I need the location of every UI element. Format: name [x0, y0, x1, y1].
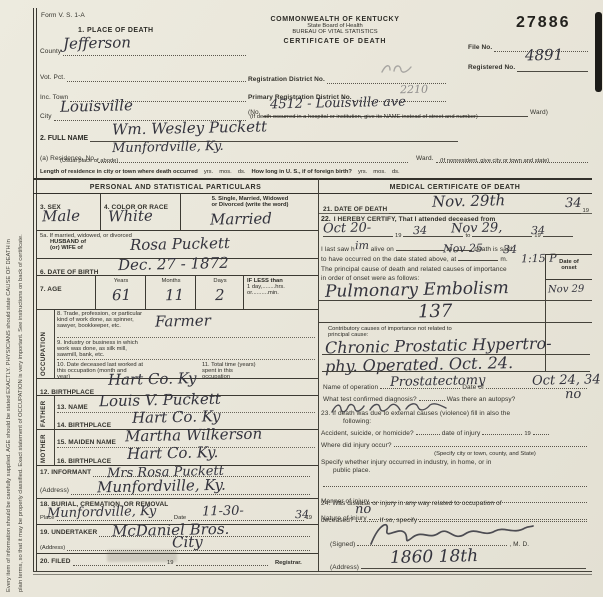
residence-value: Munfordville, Ky.: [112, 140, 224, 155]
dob-label: 6. DATE OF BIRTH: [40, 269, 99, 276]
father-name-label: 13. NAME: [57, 404, 88, 411]
residence-ward-label: Ward.: [416, 155, 434, 163]
operation-value: Prostatectomy: [390, 374, 486, 389]
birthplace-label: 12. BIRTHPLACE: [40, 389, 94, 396]
filed-label: 20. FILED: [40, 558, 71, 566]
cause-of-death-value: Pulmonary Embolism: [325, 280, 509, 301]
registered-no-line: [517, 69, 588, 72]
physician-address-label: (Address): [330, 564, 359, 572]
last-saw-him-hand: im: [355, 240, 369, 251]
informant-address-label: (Address): [40, 487, 69, 495]
registrar-label: Registrar.: [275, 560, 302, 566]
accident-line: [416, 432, 440, 435]
age-months-value: 11: [165, 288, 184, 303]
where-injury-note: (Specify city or town, county, and State…: [381, 451, 589, 457]
primary-registration-district-value: 2210: [400, 84, 428, 96]
length-mos-label: mos.: [219, 169, 232, 175]
certificate-title: CERTIFICATE OF DEATH: [225, 38, 445, 45]
specify-blank-line: [323, 484, 587, 487]
physician-signature-handwriting: [365, 518, 535, 548]
age-label: 7. AGE: [40, 286, 62, 293]
operation-label: Name of operation: [323, 384, 378, 392]
registered-no-value: 4891: [525, 48, 563, 64]
form-border-left-outer: [33, 8, 34, 571]
rule-under-code: [318, 322, 592, 323]
last-saw-value: Nov 25: [443, 243, 483, 255]
race-value: White: [108, 209, 153, 225]
marital-value: Married: [210, 211, 272, 227]
if-less-label-3: or..........min.: [247, 290, 316, 296]
bureau-subtitle: BUREAU OF VITAL STATISTICS: [225, 29, 445, 35]
us-length-label: How long in U. S., if of foreign birth?: [251, 169, 351, 175]
registration-district-label: Registration District No.: [248, 76, 325, 84]
attended-from-value: Oct 20-: [323, 221, 371, 235]
mother-name-label: 15. MAIDEN NAME: [57, 439, 116, 446]
burial-year-value: 34: [295, 509, 309, 520]
us-yrs-label: yrs.: [358, 169, 367, 175]
full-name-value: Wm. Wesley Puckett: [112, 119, 267, 137]
age-years-value: 61: [112, 288, 131, 303]
length-ds-label: ds.: [238, 169, 246, 175]
where-injury-label: Where did injury occur?: [321, 442, 392, 450]
sex-value: Male: [42, 209, 80, 225]
attended-from-year: 34: [413, 225, 427, 236]
marital-label-2: or Divorced (write the word): [184, 202, 316, 208]
street-value-handwriting: 4512 - Louisville ave: [270, 96, 406, 112]
scan-edge-artifact: [595, 12, 602, 92]
contributory-underline-2: [322, 371, 590, 372]
age-years-label: Years: [99, 278, 143, 284]
length-of-residence-label: Length of residence in city or town wher…: [40, 169, 198, 175]
registration-district-faint-mark: [380, 62, 414, 76]
age-days-label: Days: [199, 278, 241, 284]
last-saw-year: 34: [503, 244, 517, 255]
us-ds-label: ds.: [392, 169, 400, 175]
margin-instruction-line-1: Every item of information should be care…: [6, 239, 12, 592]
undertaker-address-value: City: [172, 535, 203, 551]
q23-label-2: following:: [343, 418, 589, 426]
voting-precinct-label: Vot. Pct.: [40, 74, 65, 82]
county-line: [63, 53, 246, 56]
birthplace-value: Hart Co. Ky: [108, 371, 197, 388]
personal-section-title: PERSONAL AND STATISTICAL PARTICULARS: [33, 184, 318, 191]
accident-label: Accident, suicide, or homicide?: [321, 430, 414, 438]
injury-date-line: [482, 432, 522, 435]
mother-side-label: MOTHER: [41, 434, 47, 463]
q23-label-1: 23. If death was due to external causes …: [321, 410, 589, 418]
county-value-handwriting: Jefferson: [63, 35, 131, 51]
injury-date-label: date of injury: [442, 430, 481, 438]
specify-note-2: public place.: [333, 467, 589, 475]
attended-to-year: 34: [531, 225, 545, 236]
death-certificate-scan: Every item of information should be care…: [0, 0, 603, 597]
serial-number-stamp: 27886: [516, 14, 571, 32]
attended-from-19: 19: [395, 233, 401, 239]
file-no-label: File No.: [468, 44, 492, 52]
autopsy-value: no: [565, 388, 581, 401]
last-saw-line: [396, 248, 444, 251]
dob-value: Dec. 27 - 1872: [118, 256, 229, 273]
date-of-death-year: 34: [565, 197, 582, 210]
date-of-death-value: Nov. 29th: [432, 193, 505, 210]
length-yrs-label: yrs.: [204, 169, 213, 175]
injury-19-line: [533, 432, 549, 435]
city-value-handwriting: Louisville: [60, 98, 133, 115]
last-saw-label: I last saw h: [321, 246, 355, 254]
voting-precinct-line: [67, 79, 246, 82]
margin-instruction-line-2: plain terms, so that it may be properly …: [18, 234, 24, 592]
medical-section-title: MEDICAL CERTIFICATE OF DEATH: [318, 184, 592, 191]
occurred-m-label: m.: [500, 256, 507, 264]
mother-name-value: Martha Wilkerson: [125, 427, 262, 445]
county-label: County: [40, 48, 61, 56]
form-bottom-rule-2: [33, 574, 592, 575]
nonresident-note: (If nonresident, give city or town and s…: [440, 158, 549, 164]
q24-answer-value: no: [355, 503, 371, 516]
filed-line: [73, 563, 166, 566]
column-divider: [318, 178, 319, 571]
us-mos-label: mos.: [373, 169, 386, 175]
operation-date-value: Oct 24, 34: [532, 373, 601, 387]
physician-address-value: 1860 18th: [390, 548, 478, 567]
full-name-label: 2. FULL NAME: [40, 135, 88, 142]
occurred-label: to have occurred on the date stated abov…: [321, 256, 456, 264]
father-side-label: FATHER: [41, 400, 47, 427]
occupation-value: Farmer: [155, 313, 211, 329]
rule-under-21: [318, 213, 592, 214]
spouse-value: Rosa Puckett: [130, 236, 230, 253]
informant-address-value: Munfordville, Ky.: [97, 478, 226, 496]
occ9-label-3: sawmill, bank, etc.: [57, 352, 315, 358]
mother-birthplace-value: Hart Co. Ky.: [127, 445, 219, 462]
undertaker-address-label: (Address): [40, 545, 65, 551]
undertaker-value: McDaniel Bros.: [112, 522, 230, 539]
residence-line: [98, 160, 408, 163]
specify-note-1: Specify whether injury occurred in indus…: [321, 459, 589, 467]
rule-under-cause: [318, 300, 592, 301]
mother-birthplace-label: 16. BIRTHPLACE: [57, 458, 111, 465]
city-label: City: [40, 113, 52, 121]
filed-stamp-smudge: [107, 550, 177, 562]
age-days-value: 2: [215, 288, 225, 303]
injury-19-label: 19: [524, 431, 530, 437]
signed-label: (Signed): [330, 541, 355, 549]
occurred-time-line: [458, 258, 498, 261]
date-of-onset-label-2: onset: [546, 265, 592, 271]
age-months-label: Months: [149, 278, 193, 284]
father-birthplace-value: Hart Co. Ky: [132, 409, 221, 426]
q24-label-2: deceased?: [321, 517, 354, 525]
autopsy-label: Was there an autopsy?: [447, 396, 516, 404]
father-birthplace-label: 14. BIRTHPLACE: [57, 422, 111, 429]
principal-cause-label-1: The principal cause of death and related…: [321, 266, 536, 274]
registration-district-line: [327, 81, 446, 84]
commonwealth-title: COMMONWEALTH OF KENTUCKY: [225, 16, 445, 23]
hospital-note: (If death occurred in a hospital or inst…: [250, 114, 595, 120]
alive-on-label: alive on: [371, 246, 394, 254]
form-number: Form V. S. 1-A: [41, 12, 85, 20]
attended-to-line-3: [543, 234, 573, 237]
abode-note: (Usual place of abode): [60, 158, 118, 164]
where-injury-line: [394, 444, 587, 447]
filed-line-2: [176, 563, 269, 566]
attended-to-value: Nov 29,: [451, 221, 503, 235]
burial-date-value: 11-30-: [202, 505, 244, 519]
registered-no-label: Registered No.: [468, 64, 515, 72]
undertaker-label: 19. UNDERTAKER: [40, 529, 97, 537]
occupation-side-label: OCCUPATION: [41, 332, 47, 376]
cause-code-value: 137: [418, 303, 453, 322]
informant-label: 17. INFORMANT: [40, 469, 91, 477]
cause-onset-value: Nov 29: [548, 285, 585, 296]
burial-place-value: Munfordville, Ky: [47, 505, 156, 520]
